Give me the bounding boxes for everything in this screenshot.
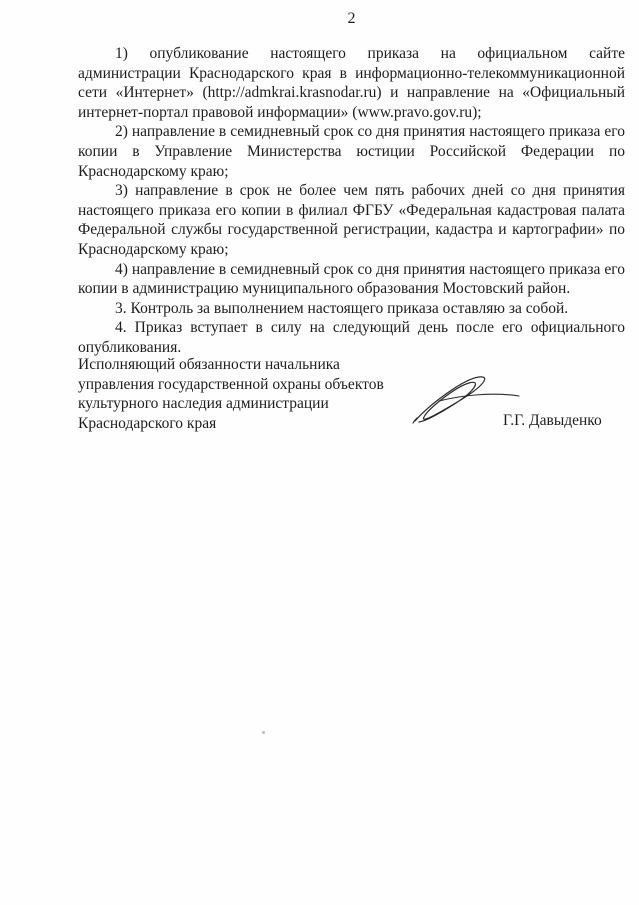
paragraph-control-clause: 3. Контроль за выполнением настоящего пр…	[78, 299, 625, 319]
document-page: 2 1) опубликование настоящего приказа на…	[0, 0, 639, 905]
document-body: 1) опубликование настоящего приказа на о…	[78, 44, 625, 358]
paragraph-item-3: 3) направление в срок не более чем пять …	[78, 181, 625, 259]
signatory-title-line: культурного наследия администрации	[78, 394, 408, 414]
signatory-name: Г.Г. Давыденко	[503, 411, 602, 430]
signatory-title: Исполняющий обязанности начальника управ…	[78, 355, 408, 434]
paragraph-item-2: 2) направление в семидневный срок со дня…	[78, 122, 625, 181]
signatory-title-line: Исполняющий обязанности начальника	[78, 355, 408, 375]
signatory-title-line: управления государственной охраны объект…	[78, 375, 408, 395]
page-number: 2	[78, 9, 625, 29]
paragraph-effective-date-clause: 4. Приказ вступает в силу на следующий д…	[78, 318, 625, 357]
paragraph-item-1: 1) опубликование настоящего приказа на о…	[78, 44, 625, 122]
scan-artifact-dot	[262, 731, 265, 734]
signatory-title-line: Краснодарского края	[78, 414, 408, 434]
paragraph-item-4: 4) направление в семидневный срок со дня…	[78, 260, 625, 299]
